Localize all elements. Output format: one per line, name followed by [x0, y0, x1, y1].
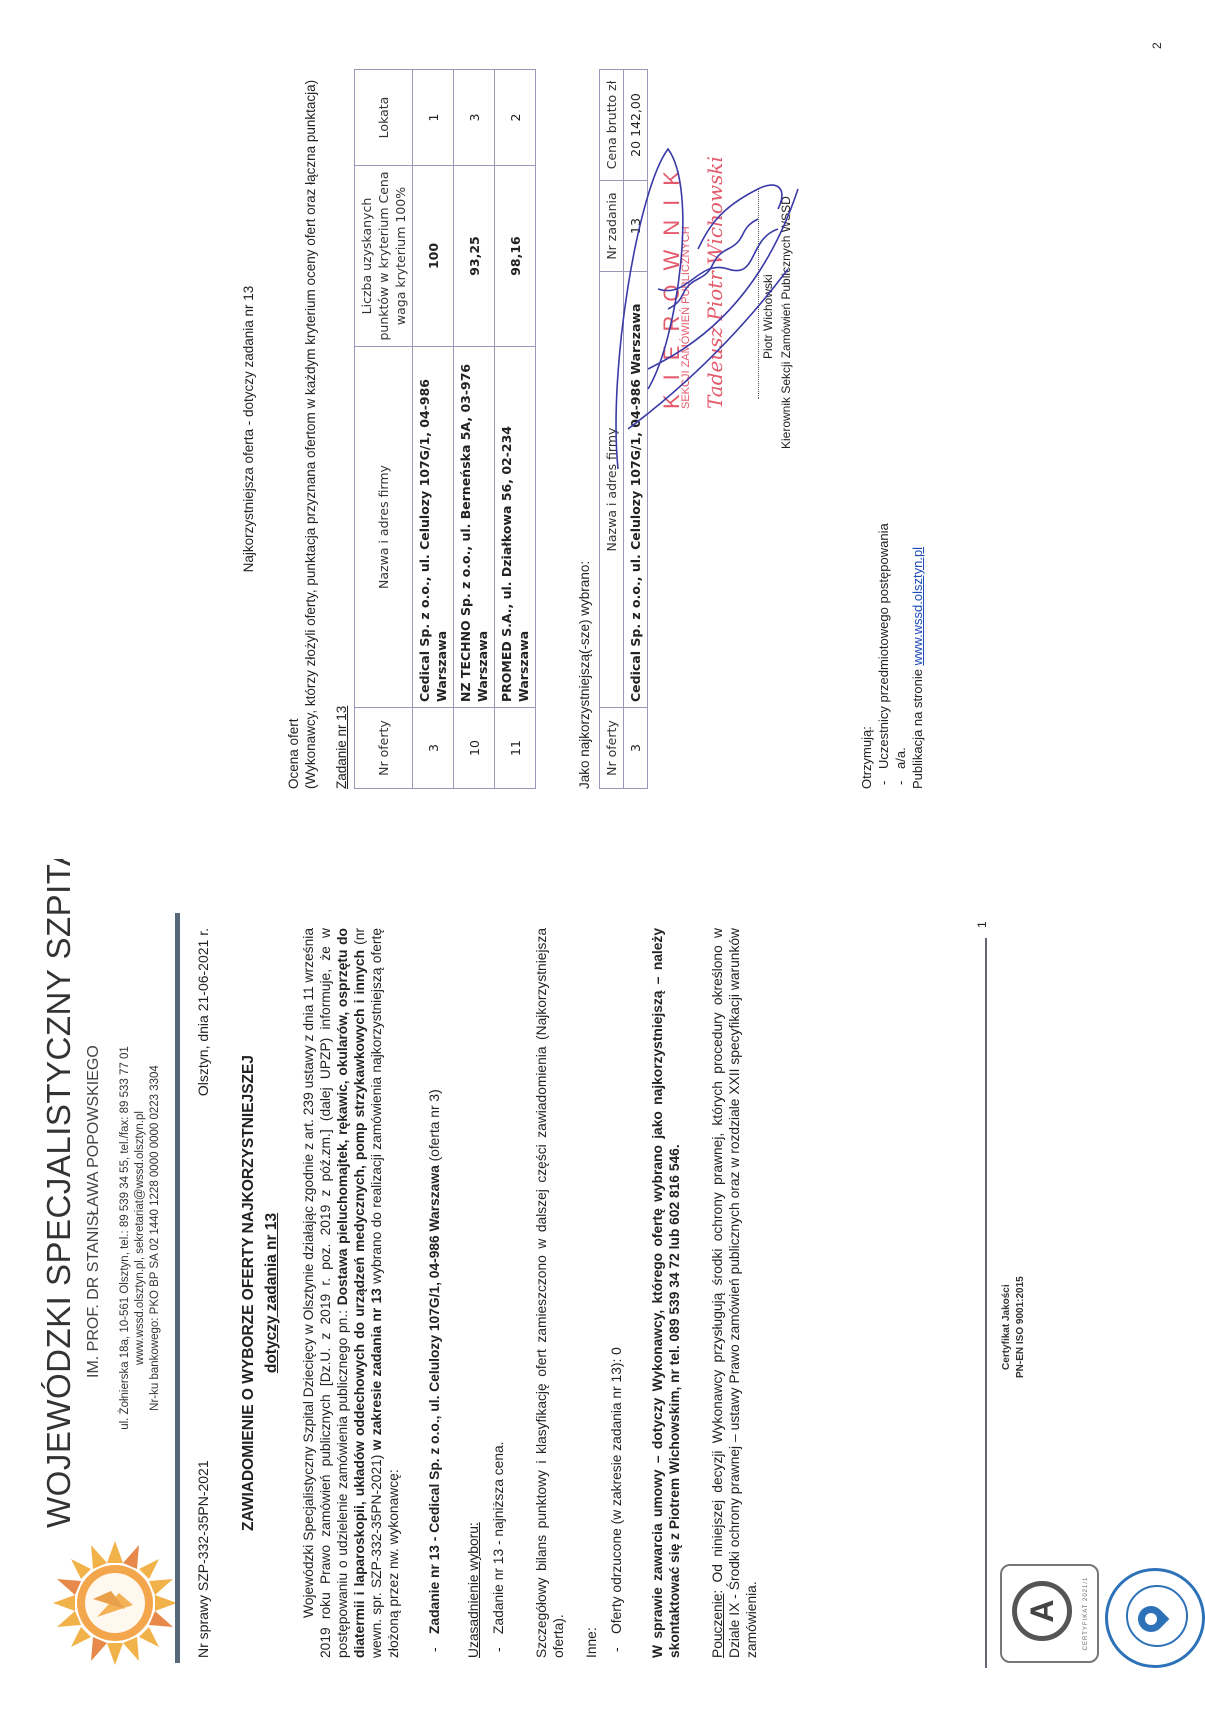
- document-page-2: Najkorzystniejsza oferta - dotyczy zadan…: [0, 0, 1205, 859]
- col-rank: Lokata: [355, 70, 413, 166]
- footer-divider: [985, 938, 987, 1668]
- company-name-address: NZ TECHNO Sp. z o.o., ul. Berneńska 5A, …: [454, 347, 495, 708]
- table-row: 11PROMED S.A., ul. Działkowa 56, 02-234 …: [495, 70, 536, 789]
- hospital-patron: IM. PROF. DR STANISŁAWA POPOWSKIEGO: [85, 1045, 103, 1378]
- task-scope: w zakresie zadania nr 13: [369, 1288, 384, 1450]
- col-offer-no: Nr oferty: [355, 708, 413, 789]
- offer-number: 10: [454, 708, 495, 789]
- notice-body: Wojewódzki Specjalistyczny Szpital Dziec…: [300, 928, 776, 1658]
- points: 93,25: [454, 166, 495, 347]
- document-title: ZAWIADOMIENIE O WYBORZE OFERTY NAJKORZYS…: [240, 928, 258, 1658]
- offer-number: 3: [624, 708, 648, 789]
- signature-area: KIEROWNIK SEKCJI ZAMÓWIEŃ PUBLICZNYCH Ta…: [648, 69, 818, 789]
- offer-number: 3: [413, 708, 454, 789]
- rejected-offers: Oferty odrzucone (w zakresie zadania nr …: [608, 928, 625, 1658]
- hospital-web: www.wssd.olsztyn.pl, sekretariat@wssd.ol…: [133, 978, 148, 1498]
- section-title: Najkorzystniejsza oferta - dotyczy zadan…: [240, 69, 257, 789]
- quality-certificate-badge-icon: A CERTYFIKAT 2021/1: [1000, 1564, 1099, 1663]
- certificate-caption: Certyfikat Jakości PN-EN ISO 9001:2015: [1000, 1276, 1028, 1378]
- selected-offer-item: Zadanie nr 13 - Cedical Sp. z o.o., ul. …: [426, 928, 443, 1658]
- evaluation-heading: Ocena ofert: [285, 69, 302, 789]
- table-row: 3Cedical Sp. z o.o., ul. Celulozy 107G/1…: [413, 70, 454, 789]
- document-page-1: WOJEWÓDZKI SPECJALISTYCZNY SZPITAL DZIEC…: [0, 859, 1205, 1718]
- instruction-text: : Od niniejszej decyzji Wykonawcy przysł…: [710, 928, 759, 1658]
- hospital-bank: Nr-ku bankowego: PKO BP SA 02 1440 1228 …: [148, 978, 163, 1498]
- rejected-label: Oferty odrzucone: [609, 1528, 624, 1634]
- page2-content: Najkorzystniejsza oferta - dotyczy zadan…: [60, 69, 926, 789]
- page-number: 1: [975, 921, 989, 928]
- sun-child-logo-icon: [50, 1538, 180, 1668]
- table-row: 10NZ TECHNO Sp. z o.o., ul. Berneńska 5A…: [454, 70, 495, 789]
- contract-paragraph: W sprawie zawarcia umowy – dotyczy Wykon…: [649, 928, 683, 1658]
- justification-heading: Uzasadnienie wyboru:: [465, 928, 482, 1658]
- col-offer-no: Nr oferty: [600, 708, 624, 789]
- reference-row: Nr sprawy SZP-332-35PN-2021 Olsztyn, dni…: [195, 928, 211, 1658]
- instruction-paragraph: Pouczenie: Od niniejszej decyzji Wykonaw…: [709, 928, 760, 1658]
- task-label: Zadanie nr 13: [333, 69, 350, 789]
- points: 100: [413, 166, 454, 347]
- handwritten-signature-icon: [608, 129, 808, 489]
- document-subtitle: dotyczy zadania nr 13: [263, 928, 281, 1658]
- recipient-item: a/a.: [892, 69, 909, 789]
- hospital-contact: ul. Żołnierska 18a, 10-561 Olsztyn, tel.…: [118, 978, 163, 1498]
- recipients: Otrzymują: Uczestnicy przedmiotowego pos…: [858, 69, 926, 789]
- col-points: Liczba uzyskanych punktów w kryterium Ce…: [355, 166, 413, 347]
- instruction-label: Pouczenie: [710, 1594, 725, 1658]
- justification-item: Zadanie nr 13 - najniższa cena.: [490, 928, 507, 1658]
- cert-line-2: PN-EN ISO 9001:2015: [1014, 1276, 1028, 1378]
- hospital-address: ul. Żołnierska 18a, 10-561 Olsztyn, tel.…: [118, 978, 133, 1498]
- col-company: Nazwa i adres firmy: [355, 347, 413, 708]
- evaluation-note: (Wykonawcy, którzy złożyli oferty, punkt…: [302, 69, 319, 789]
- offer-number: 11: [495, 708, 536, 789]
- rejected-count: (w zakresie zadania nr 13): 0: [609, 1347, 624, 1528]
- publication-link[interactable]: www.wssd.olsztyn.pl: [910, 547, 925, 665]
- company-name-address: PROMED S.A., ul. Działkowa 56, 02-234 Wa…: [495, 347, 536, 708]
- publication-line: Publikacja na stronie www.wssd.olsztyn.p…: [909, 69, 926, 789]
- company-name-address: Cedical Sp. z o.o., ul. Celulozy 107G/1,…: [413, 347, 454, 708]
- rank: 1: [413, 70, 454, 166]
- letterhead: WOJEWÓDZKI SPECJALISTYCZNY SZPITAL DZIEC…: [30, 888, 180, 1678]
- selected-heading: Jako najkorzystniejszą(-sze) wybrano:: [576, 69, 593, 789]
- publication-prefix: Publikacja na stronie: [910, 665, 925, 789]
- detail-paragraph: Szczegółowy bilans punktowy i klasyfikac…: [533, 928, 567, 1658]
- treatment-seal-icon: [1105, 1568, 1205, 1668]
- other-heading: Inne:: [583, 928, 600, 1658]
- rank: 3: [454, 70, 495, 166]
- evaluation-table: Nr oferty Nazwa i adres firmy Liczba uzy…: [354, 69, 536, 789]
- selected-offer-rest: (oferta nr 3): [427, 1089, 442, 1165]
- selected-offer-bold: Zadanie nr 13 - Cedical Sp. z o.o., ul. …: [427, 1165, 442, 1634]
- points: 98,16: [495, 166, 536, 347]
- rank: 2: [495, 70, 536, 166]
- intro-paragraph: Wojewódzki Specjalistyczny Szpital Dziec…: [300, 928, 402, 1658]
- cert-badge-text: CERTYFIKAT 2021/1: [1083, 1566, 1089, 1661]
- recipients-heading: Otrzymują:: [858, 69, 875, 789]
- header-divider: [175, 913, 180, 1663]
- case-number: Nr sprawy SZP-332-35PN-2021: [195, 1460, 211, 1658]
- recipient-item: Uczestnicy przedmiotowego postępowania: [875, 69, 892, 789]
- cert-line-1: Certyfikat Jakości: [1000, 1276, 1014, 1378]
- page-number: 2: [1150, 42, 1164, 49]
- place-date: Olsztyn, dnia 21-06-2021 r.: [195, 928, 211, 1096]
